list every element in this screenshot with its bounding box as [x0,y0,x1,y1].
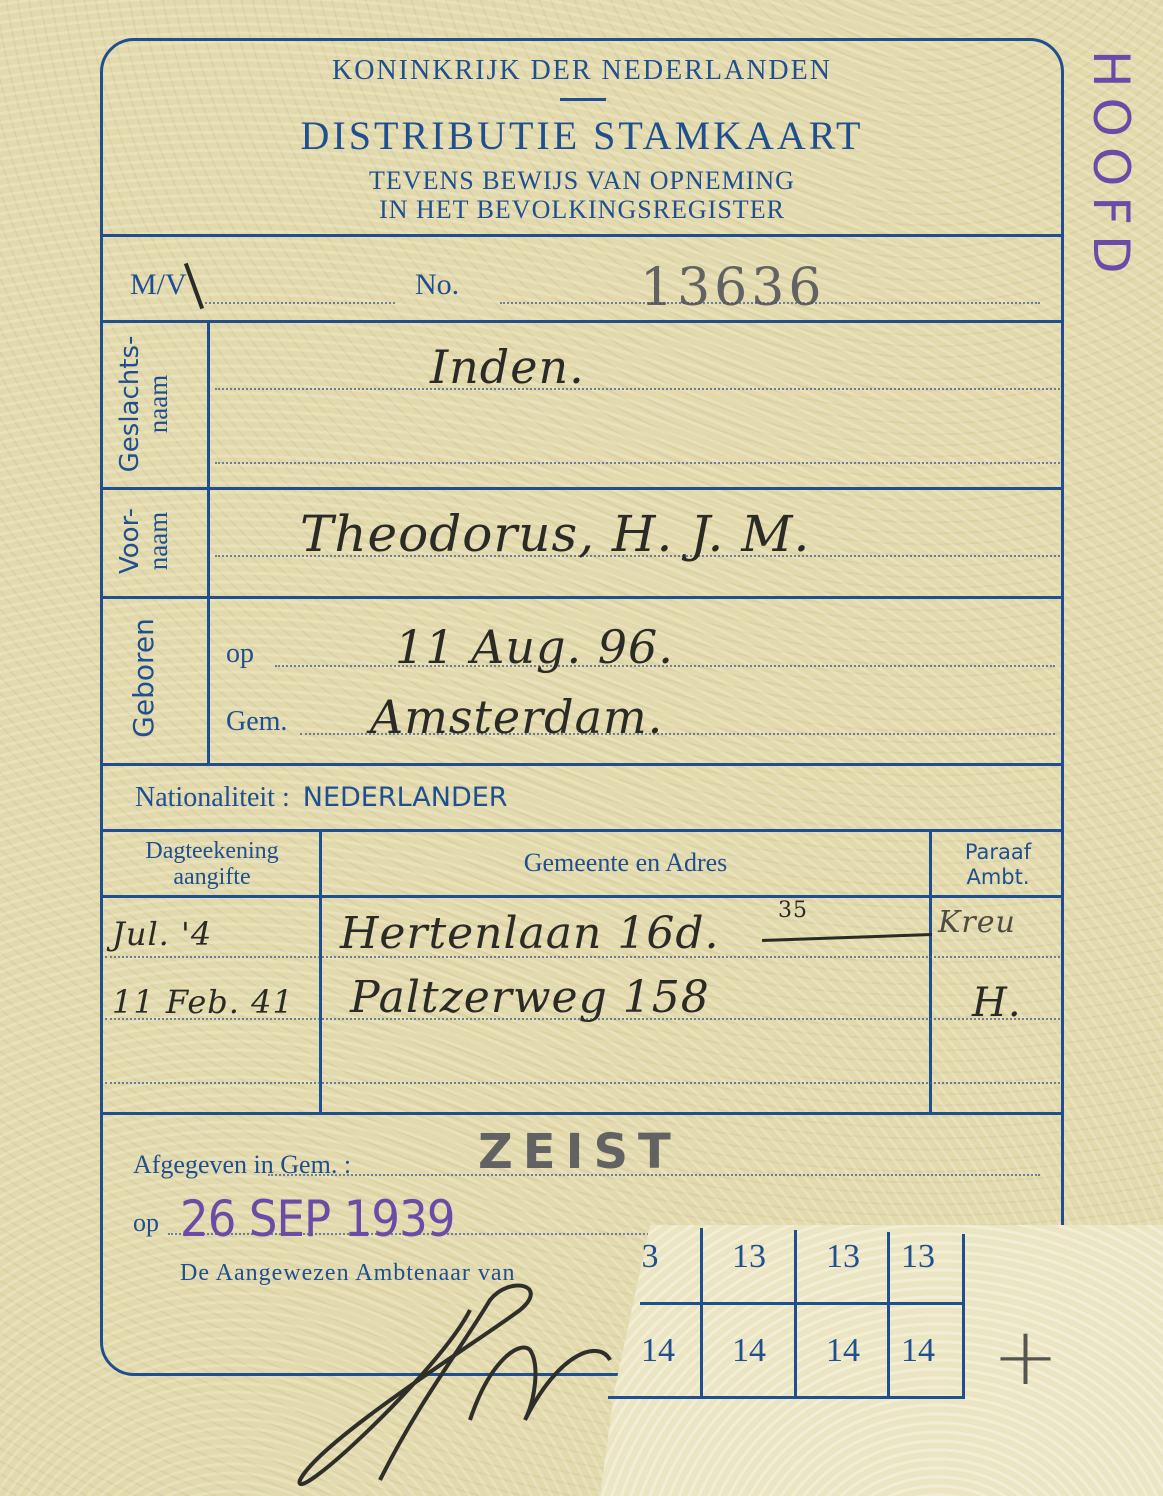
table-row-1-date: Jul. '4 [112,915,212,953]
header-title: DISTRIBUTIE STAMKAART [100,112,1064,159]
table-dotted-line-3 [105,1082,1060,1084]
issued-date-label: op [133,1208,159,1238]
rule-table-bottom [100,1112,1064,1115]
hoofd-stamp: HOOFD [1082,50,1140,284]
gender-dotted-line [205,302,395,304]
nationality-row: Nationaliteit : NEDERLANDER [135,782,508,814]
table-header-initials: Paraaf Ambt. [932,840,1064,890]
coupon-r2-c2: 14 [703,1332,795,1370]
rule-header [100,234,1064,237]
coupon-r2-c1: 14 [612,1332,704,1370]
header-subtitle-line2: IN HET BEVOLKINGSREGISTER [100,195,1064,224]
header-subtitle: TEVENS BEWIJS VAN OPNEMING IN HET BEVOLK… [100,166,1064,224]
rule-nationality [100,829,1064,832]
rule-table-header [100,895,1064,898]
birth-place-label: Gem. [226,706,287,738]
rule-label-column [207,320,210,763]
rule-surname [100,487,1064,490]
official-signature [280,1280,620,1490]
header-divider [560,98,606,101]
surname-dotted-line-2 [215,462,1060,464]
firstname-value: Theodorus, H. J. M. [300,505,810,563]
coupon-r2-c4: 14 [872,1332,964,1370]
birth-place-value: Amsterdam. [370,690,663,744]
surname-value: Inden. [430,340,585,394]
coupon-cross-mark: + [992,1310,1059,1403]
rule-number [100,320,1064,323]
table-row-1-initials: Kreu [938,905,1016,940]
birth-date-label: op [226,638,254,670]
table-row-1-address: Hertenlaan 16d. [340,908,720,959]
table-row-2-address: Paltzerweg 158 [350,972,710,1023]
table-header-address: Gemeente en Adres [322,848,929,878]
firstname-label: Voor- naam [116,488,172,594]
rule-firstname [100,596,1064,599]
surname-label: Geslachts- naam [116,324,172,484]
coupon-r1-c4: 13 [872,1238,964,1276]
nationality-value: NEDERLANDER [303,782,508,813]
birth-date-value: 11 Aug. 96. [395,620,674,674]
coupon-grid-bottom-line [608,1396,965,1399]
header-subtitle-line1: TEVENS BEWIJS VAN OPNEMING [100,166,1064,195]
rule-birth [100,763,1064,766]
table-row-2-date: 11 Feb. 41 [112,983,294,1021]
table-row-2-initials: H. [972,980,1022,1026]
coupon-r1-c2: 13 [703,1238,795,1276]
birth-label: Geboren [130,596,158,760]
coupon-r1-c1: 3 [620,1238,680,1276]
coupon-grid-mid-line [640,1302,965,1305]
surname-dotted-line-1 [215,388,1060,390]
issued-date-stamp: 26 SEP 1939 [180,1190,455,1248]
table-header-date: Dagteekening aangifte [105,838,319,890]
gender-label: M/V [130,268,187,302]
table-row-1-correction: 35 [778,898,808,923]
number-label: No. [415,268,459,302]
nationality-label: Nationaliteit : [135,782,290,813]
header-kingdom: KONINKRIJK DER NEDERLANDEN [100,55,1064,87]
number-value: 13636 [640,258,825,318]
issued-place-value: ZEIST [478,1124,681,1180]
